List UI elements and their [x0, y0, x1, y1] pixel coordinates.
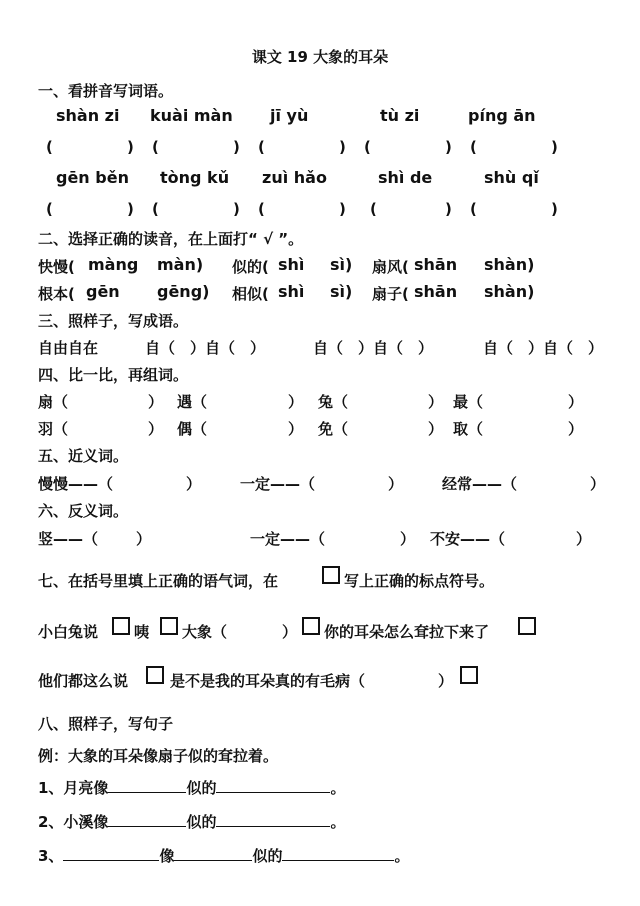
- open-paren: (: [258, 138, 265, 156]
- text: 他们都这么说: [38, 670, 128, 691]
- idiom-blank[interactable]: 自（ ）自（ ）: [145, 337, 265, 358]
- synonym-blank[interactable]: 一定——（: [240, 473, 315, 494]
- close-paren: ）: [590, 473, 605, 494]
- pinyin: zuì hǎo: [262, 168, 327, 187]
- pinyin-option[interactable]: shān: [414, 255, 457, 274]
- heading-part: 七、在括号里填上正确的语气词，在: [38, 570, 278, 591]
- close-paren: ）: [282, 621, 297, 642]
- close-paren: ): [127, 138, 134, 156]
- pinyin: gēn běn: [56, 168, 129, 187]
- open-paren: (: [470, 138, 477, 156]
- close-paren: ): [445, 138, 452, 156]
- char-blank[interactable]: 偶（: [177, 418, 207, 439]
- word: 相似(: [232, 283, 269, 304]
- close-paren: ）: [136, 528, 151, 549]
- blank-line[interactable]: [174, 846, 252, 861]
- close-paren: ）: [428, 391, 443, 412]
- pinyin: shàn zi: [56, 106, 119, 125]
- pinyin-option[interactable]: sì): [330, 282, 352, 301]
- tone-word-blank[interactable]: 大象（: [182, 621, 227, 642]
- section-3-heading: 三、照样子，写成语。: [38, 310, 188, 331]
- char-blank[interactable]: 最（: [453, 391, 483, 412]
- antonym-blank[interactable]: 一定——（: [250, 528, 325, 549]
- pinyin-option[interactable]: shì: [278, 255, 304, 274]
- word: 快慢(: [38, 256, 75, 277]
- antonym-blank[interactable]: 不安——（: [430, 528, 505, 549]
- section-6-heading: 六、反义词。: [38, 500, 128, 521]
- pinyin: píng ān: [468, 106, 536, 125]
- blank-line[interactable]: [108, 778, 186, 793]
- text: 小白兔说: [38, 621, 98, 642]
- punctuation-box[interactable]: [160, 617, 178, 635]
- pinyin: shì de: [378, 168, 432, 187]
- question-prefix: 3、: [38, 847, 63, 865]
- punctuation-box[interactable]: [460, 666, 478, 684]
- open-paren: (: [46, 138, 53, 156]
- punctuation-box[interactable]: [112, 617, 130, 635]
- pinyin-option[interactable]: màn): [157, 255, 203, 274]
- close-paren: ）: [148, 418, 163, 439]
- synonym-blank[interactable]: 慢慢——（: [38, 473, 113, 494]
- sentence-question-2: 2、小溪像似的。: [38, 811, 345, 832]
- punctuation-box-icon: [322, 566, 340, 584]
- open-paren: (: [470, 200, 477, 218]
- open-paren: (: [152, 138, 159, 156]
- open-paren: (: [46, 200, 53, 218]
- blank-line[interactable]: [108, 812, 186, 827]
- pinyin-option[interactable]: gēng): [157, 282, 209, 301]
- pinyin: jī yù: [270, 106, 308, 125]
- close-paren: ): [551, 138, 558, 156]
- close-paren: ）: [288, 391, 303, 412]
- close-paren: ）: [288, 418, 303, 439]
- text: 咦: [134, 621, 149, 642]
- open-paren: (: [370, 200, 377, 218]
- punctuation-box[interactable]: [302, 617, 320, 635]
- text: 你的耳朵怎么耷拉下来了: [324, 621, 489, 642]
- pinyin: tù zi: [380, 106, 419, 125]
- open-paren: (: [364, 138, 371, 156]
- pinyin-option[interactable]: shān: [414, 282, 457, 301]
- period: 。: [394, 847, 409, 865]
- text: 似的: [186, 813, 216, 831]
- char-blank[interactable]: 扇（: [38, 391, 68, 412]
- text: 似的: [186, 779, 216, 797]
- close-paren: ）: [438, 670, 453, 691]
- blank-line[interactable]: [216, 778, 330, 793]
- punctuation-box[interactable]: [146, 666, 164, 684]
- close-paren: ): [339, 200, 346, 218]
- char-blank[interactable]: 取（: [453, 418, 483, 439]
- blank-line[interactable]: [282, 846, 394, 861]
- close-paren: ）: [400, 528, 415, 549]
- idiom-blank[interactable]: 自（ ）自（ ）: [483, 337, 603, 358]
- synonym-blank[interactable]: 经常——（: [442, 473, 517, 494]
- pinyin-option[interactable]: màng: [88, 255, 138, 274]
- close-paren: ): [127, 200, 134, 218]
- period: 。: [330, 813, 345, 831]
- open-paren: (: [152, 200, 159, 218]
- section-4-heading: 四、比一比，再组词。: [38, 364, 188, 385]
- section-8-heading: 八、照样子，写句子: [38, 713, 173, 734]
- word: 扇子(: [372, 283, 409, 304]
- word: 扇风(: [372, 256, 409, 277]
- pinyin-option[interactable]: shàn): [484, 255, 534, 274]
- close-paren: ）: [568, 418, 583, 439]
- close-paren: ）: [148, 391, 163, 412]
- char-blank[interactable]: 羽（: [38, 418, 68, 439]
- open-paren: (: [258, 200, 265, 218]
- question-prefix: 2、小溪像: [38, 813, 108, 831]
- pinyin-option[interactable]: shì: [278, 282, 304, 301]
- punctuation-box[interactable]: [518, 617, 536, 635]
- tone-word-blank[interactable]: 是不是我的耳朵真的有毛病（: [170, 670, 365, 691]
- period: 。: [330, 779, 345, 797]
- section-2-heading: 二、选择正确的读音，在上面打“ √ ”。: [38, 228, 303, 249]
- close-paren: ）: [568, 391, 583, 412]
- char-blank[interactable]: 免（: [318, 418, 348, 439]
- pinyin: shù qǐ: [484, 168, 539, 187]
- close-paren: ）: [428, 418, 443, 439]
- close-paren: ）: [186, 473, 201, 494]
- pinyin-option[interactable]: sì): [330, 255, 352, 274]
- close-paren: ): [551, 200, 558, 218]
- close-paren: ): [445, 200, 452, 218]
- blank-line[interactable]: [63, 846, 159, 861]
- text: 像: [159, 847, 174, 865]
- heading-part: 写上正确的标点符号。: [344, 570, 494, 591]
- section-5-heading: 五、近义词。: [38, 445, 128, 466]
- pinyin-option[interactable]: gēn: [86, 282, 120, 301]
- section-1-heading: 一、看拼音写词语。: [38, 80, 173, 101]
- blank-line[interactable]: [216, 812, 330, 827]
- close-paren: ): [339, 138, 346, 156]
- close-paren: ）: [388, 473, 403, 494]
- question-prefix: 1、月亮像: [38, 779, 108, 797]
- antonym-blank[interactable]: 竖——（: [38, 528, 98, 549]
- word: 似的(: [232, 256, 269, 277]
- sentence-question-1: 1、月亮像似的。: [38, 777, 345, 798]
- close-paren: ): [233, 200, 240, 218]
- idiom-blank[interactable]: 自（ ）自（ ）: [313, 337, 433, 358]
- char-blank[interactable]: 兔（: [318, 391, 348, 412]
- pinyin-option[interactable]: shàn): [484, 282, 534, 301]
- text: 似的: [252, 847, 282, 865]
- example-sentence: 例：大象的耳朵像扇子似的耷拉着。: [38, 745, 278, 766]
- word: 根本(: [38, 283, 75, 304]
- pinyin: kuài màn: [150, 106, 233, 125]
- char-blank[interactable]: 遇（: [177, 391, 207, 412]
- close-paren: ): [233, 138, 240, 156]
- close-paren: ）: [576, 528, 591, 549]
- idiom-example: 自由自在: [38, 337, 98, 358]
- sentence-question-3: 3、像似的。: [38, 845, 409, 866]
- worksheet-title: 课文 19 大象的耳朵: [0, 46, 640, 67]
- pinyin: tòng kǔ: [160, 168, 229, 187]
